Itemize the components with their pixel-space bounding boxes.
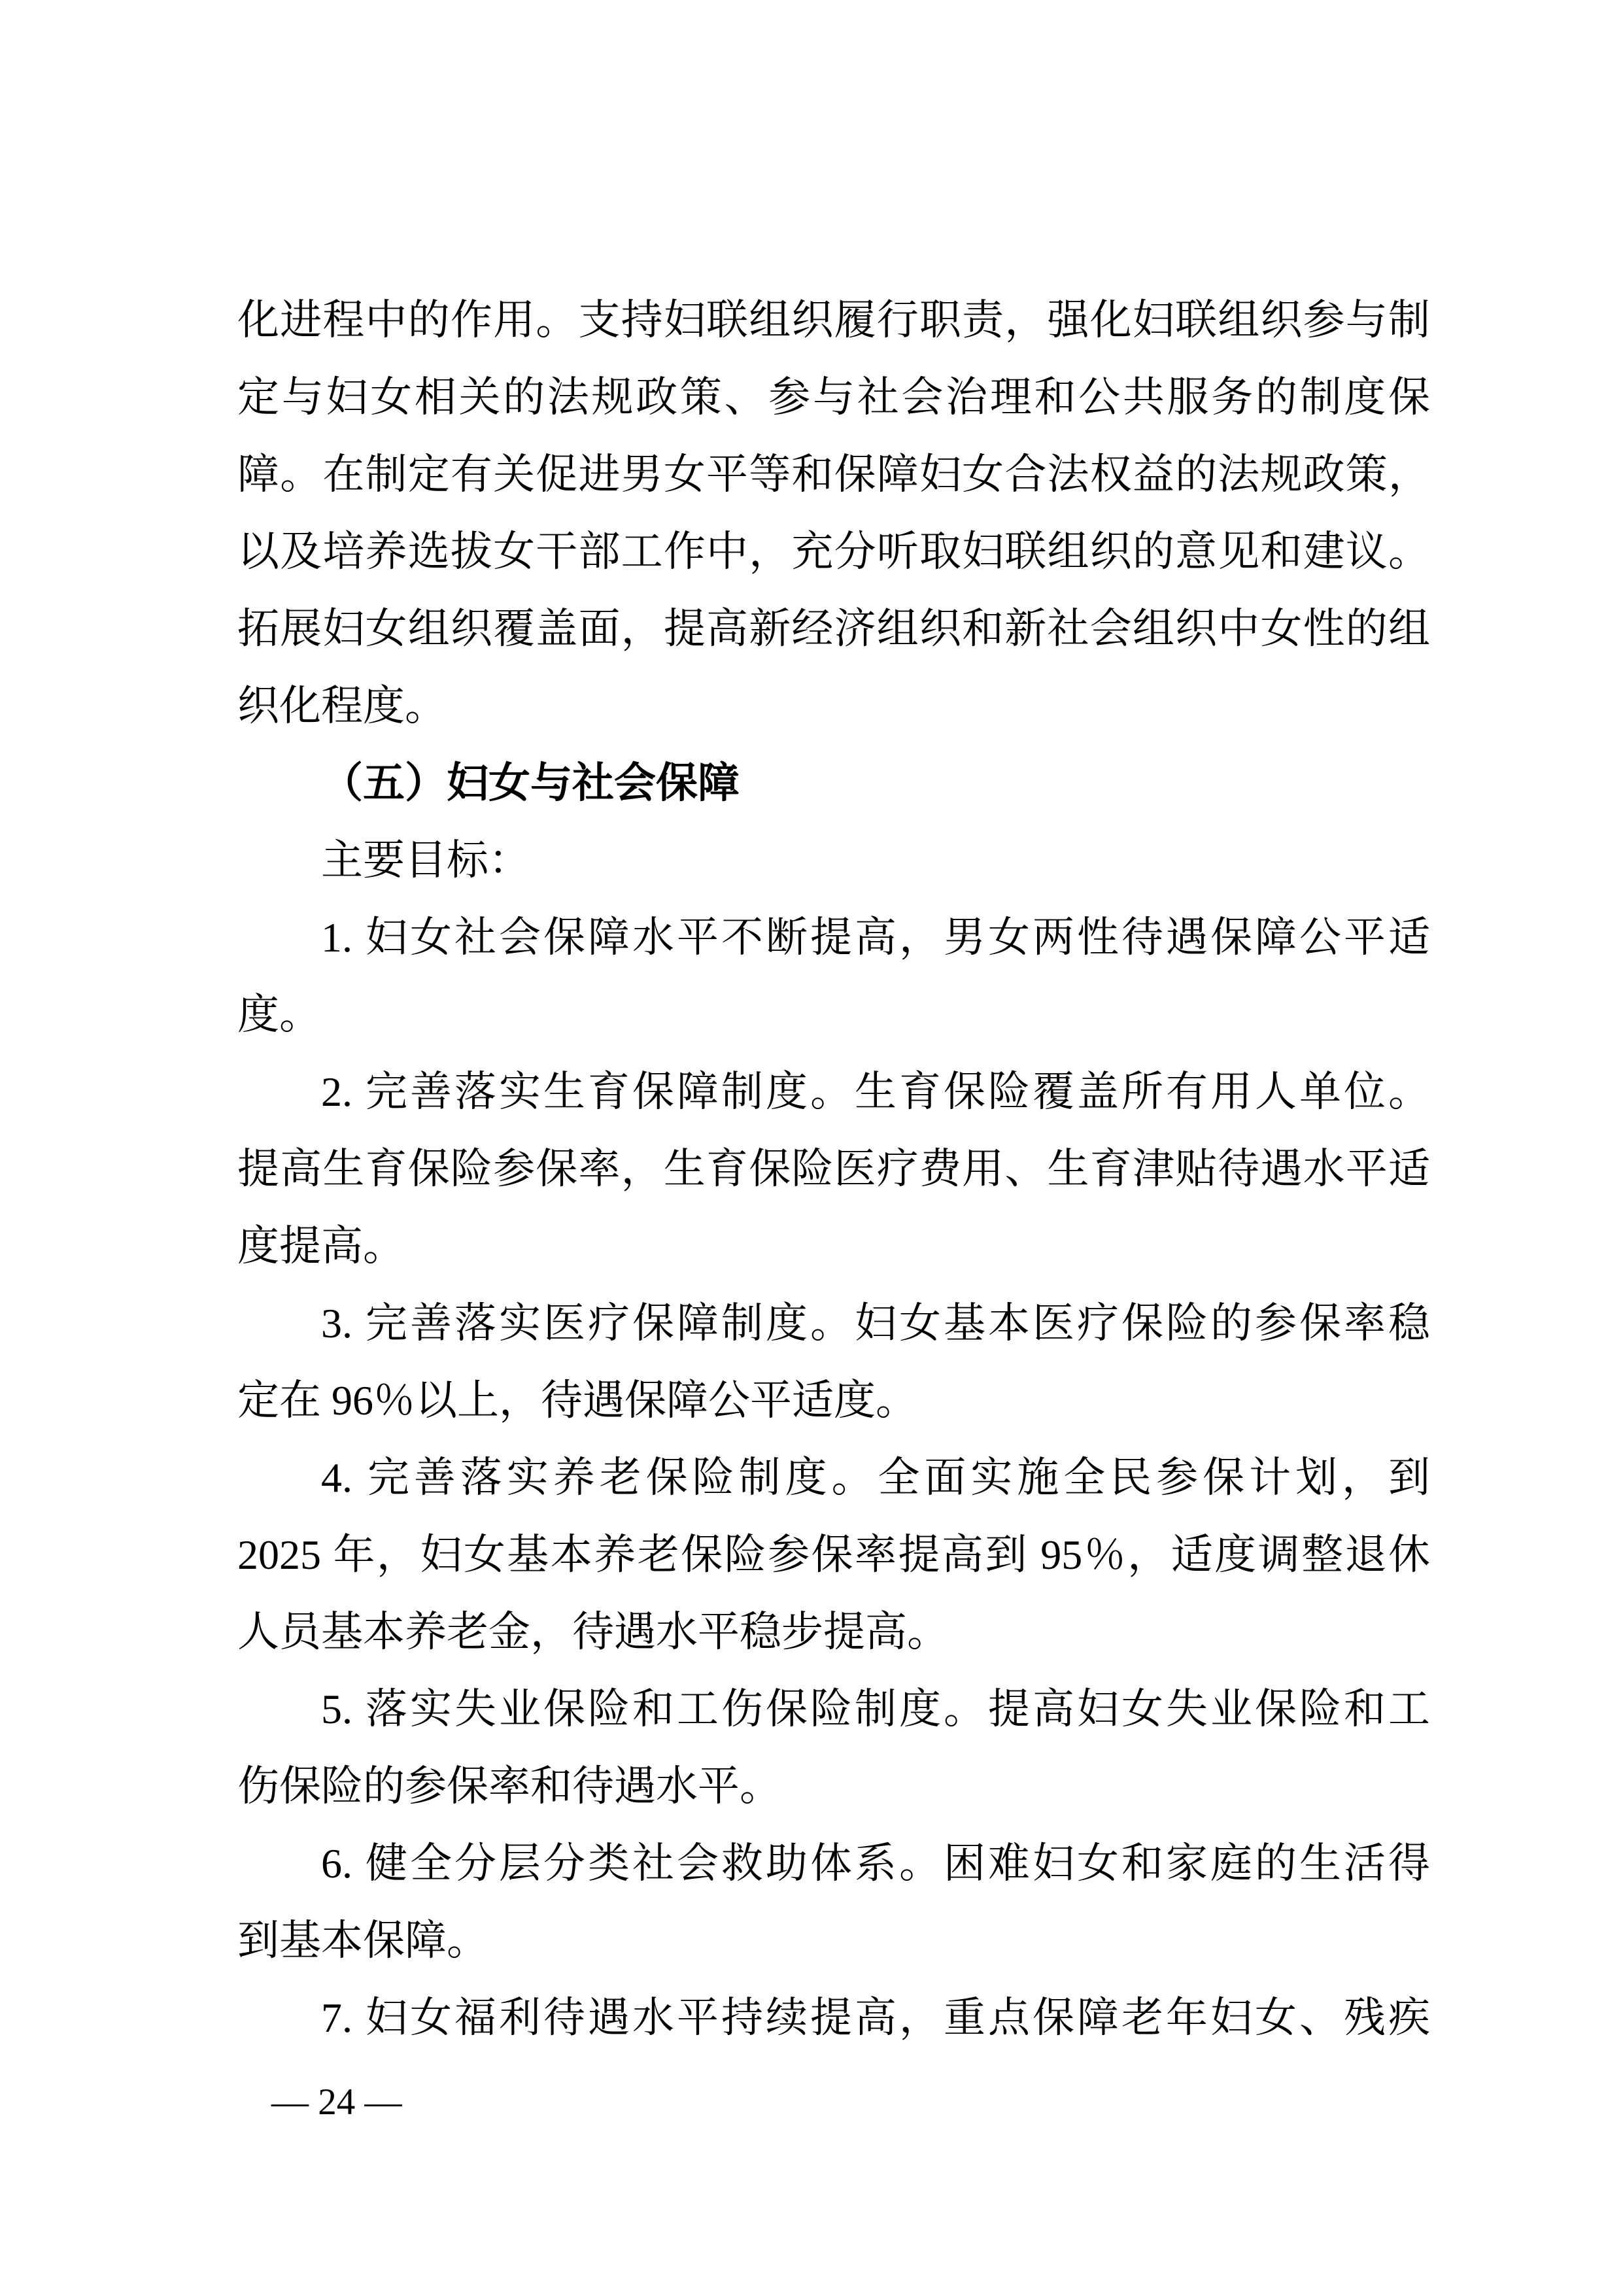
text-line: 4. 完善落实养老保险制度。全面实施全民参保计划，到 [237,1439,1430,1516]
text-line: 定在 96％以上，待遇保障公平适度。 [237,1362,1430,1439]
text-line: 度。 [237,976,1430,1054]
text-line: 3. 完善落实医疗保障制度。妇女基本医疗保险的参保率稳 [237,1285,1430,1362]
section-heading: （五）妇女与社会保障 [237,745,1430,822]
text-line: 伤保险的参保率和待遇水平。 [237,1748,1430,1825]
text-line: 到基本保障。 [237,1902,1430,1979]
text-line: 度提高。 [237,1208,1430,1285]
text-line: 2025 年，妇女基本养老保险参保率提高到 95％，适度调整退休 [237,1516,1430,1594]
document-page: 化进程中的作用。支持妇联组织履行职责，强化妇联组织参与制 定与妇女相关的法规政策… [0,0,1623,2296]
text-line: 6. 健全分层分类社会救助体系。困难妇女和家庭的生活得 [237,1825,1430,1902]
text-line: 提高生育保险参保率，生育保险医疗费用、生育津贴待遇水平适 [237,1131,1430,1208]
text-line: 化进程中的作用。支持妇联组织履行职责，强化妇联组织参与制 [237,282,1430,359]
text-line: 7. 妇女福利待遇水平持续提高，重点保障老年妇女、残疾 [237,1979,1430,2057]
text-line: 2. 完善落实生育保障制度。生育保险覆盖所有用人单位。 [237,1054,1430,1131]
text-line: 5. 落实失业保险和工伤保险制度。提高妇女失业保险和工 [237,1671,1430,1748]
text-line: 主要目标： [237,822,1430,899]
text-line: 以及培养选拔女干部工作中，充分听取妇联组织的意见和建议。 [237,513,1430,591]
text-line: 障。在制定有关促进男女平等和保障妇女合法权益的法规政策， [237,436,1430,513]
text-line: 织化程度。 [237,668,1430,745]
page-number: — 24 — [271,2066,402,2138]
text-line: 定与妇女相关的法规政策、参与社会治理和公共服务的制度保 [237,359,1430,436]
document-body: 化进程中的作用。支持妇联组织履行职责，强化妇联组织参与制 定与妇女相关的法规政策… [237,282,1430,2057]
text-line: 人员基本养老金，待遇水平稳步提高。 [237,1594,1430,1671]
text-line: 拓展妇女组织覆盖面，提高新经济组织和新社会组织中女性的组 [237,591,1430,668]
text-line: 1. 妇女社会保障水平不断提高，男女两性待遇保障公平适 [237,899,1430,976]
